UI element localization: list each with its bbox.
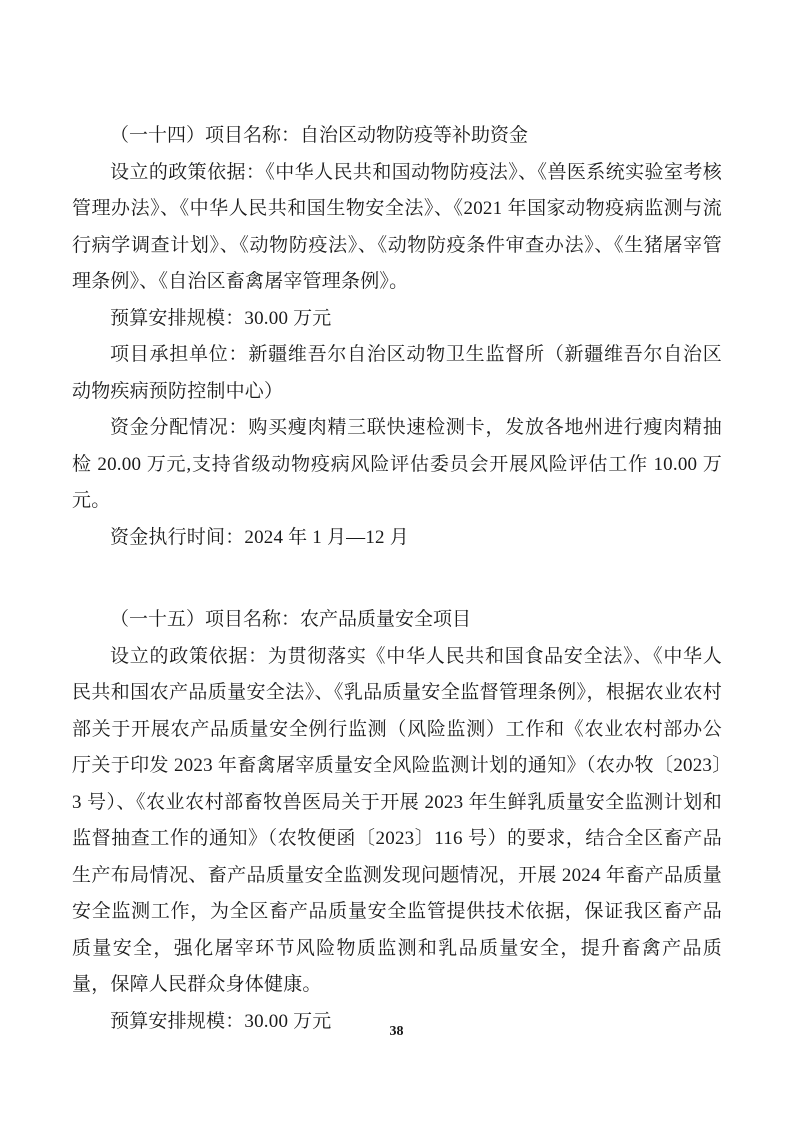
project-section-14: （一十四）项目名称：自治区动物防疫等补助资金 设立的政策依据：《中华人民共和国动… xyxy=(72,118,722,556)
body-paragraph: 资金分配情况：购买瘦肉精三联快速检测卡，发放各地州进行瘦肉精抽检 20.00 万… xyxy=(72,410,722,520)
section-body: 设立的政策依据：为贯彻落实《中华人民共和国食品安全法》、《中华人民共和国农产品质… xyxy=(72,639,722,1041)
section-title: （一十四）项目名称：自治区动物防疫等补助资金 xyxy=(72,118,722,155)
body-paragraph: 项目承担单位：新疆维吾尔自治区动物卫生监督所（新疆维吾尔自治区动物疾病预防控制中… xyxy=(72,337,722,410)
project-section-15: （一十五）项目名称：农产品质量安全项目 设立的政策依据：为贯彻落实《中华人民共和… xyxy=(72,602,722,1040)
section-title: （一十五）项目名称：农产品质量安全项目 xyxy=(72,602,722,639)
page-number: 38 xyxy=(0,1022,793,1042)
document-page: （一十四）项目名称：自治区动物防疫等补助资金 设立的政策依据：《中华人民共和国动… xyxy=(0,0,793,1122)
body-paragraph: 资金执行时间：2024 年 1 月—12 月 xyxy=(72,520,722,557)
body-paragraph: 设立的政策依据：为贯彻落实《中华人民共和国食品安全法》、《中华人民共和国农产品质… xyxy=(72,639,722,1004)
body-paragraph: 预算安排规模：30.00 万元 xyxy=(72,301,722,338)
section-body: 设立的政策依据：《中华人民共和国动物防疫法》、《兽医系统实验室考核管理办法》、《… xyxy=(72,155,722,557)
body-paragraph: 设立的政策依据：《中华人民共和国动物防疫法》、《兽医系统实验室考核管理办法》、《… xyxy=(72,155,722,301)
